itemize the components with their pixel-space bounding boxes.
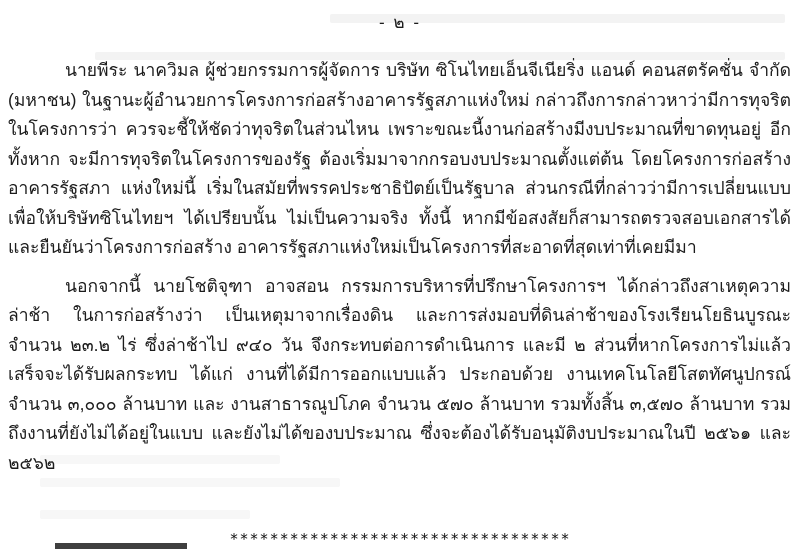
paragraph-1: นายพีระ นาควิมล ผู้ช่วยกรรมการผู้จัดการ … bbox=[8, 56, 791, 263]
scan-edge-artifact bbox=[55, 543, 187, 549]
scanned-document-page: - ๒ - นายพีระ นาควิมล ผู้ช่วยกรรมการผู้จ… bbox=[0, 0, 800, 549]
page-number: - ๒ - bbox=[0, 0, 800, 36]
bleed-through-artifact bbox=[40, 478, 340, 487]
bleed-through-artifact bbox=[40, 510, 250, 519]
document-body: นายพีระ นาควิมล ผู้ช่วยกรรมการผู้จัดการ … bbox=[8, 56, 791, 478]
paragraph-2: นอกจากนี้ นายโชติจุฑา อาจสอน กรรมการบริห… bbox=[8, 272, 791, 479]
